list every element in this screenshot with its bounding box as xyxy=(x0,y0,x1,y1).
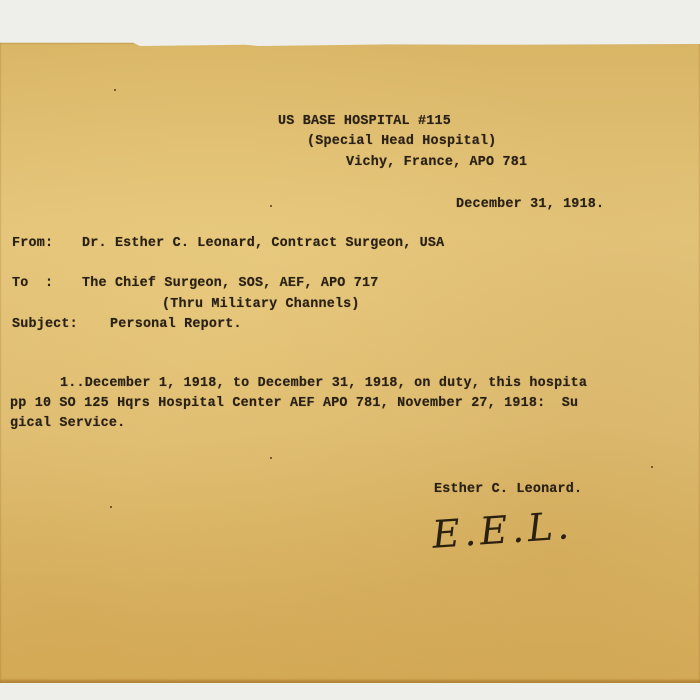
letterhead-line-2: (Special Head Hospital) xyxy=(307,134,496,150)
paper-speck xyxy=(270,457,272,459)
from-label: From: xyxy=(12,236,53,252)
signature-typed-name: Esther C. Leonard. xyxy=(434,482,582,498)
body-line-3: gical Service. xyxy=(10,416,125,432)
body-line-2: pp 10 SO 125 Hqrs Hospital Center AEF AP… xyxy=(10,396,578,412)
to-label: To : xyxy=(12,276,53,292)
from-value: Dr. Esther C. Leonard, Contract Surgeon,… xyxy=(82,236,444,252)
subject-value: Personal Report. xyxy=(110,317,242,333)
paper-speck xyxy=(110,506,112,508)
paper-speck xyxy=(270,205,272,207)
paper-speck xyxy=(651,466,653,468)
to-routing: (Thru Military Channels) xyxy=(162,297,360,313)
letter-date: December 31, 1918. xyxy=(456,197,604,213)
letterhead-line-3: Vichy, France, APO 781 xyxy=(346,155,527,171)
subject-label: Subject: xyxy=(12,317,78,333)
body-line-1: 1..December 1, 1918, to December 31, 191… xyxy=(60,376,587,392)
paper-speck xyxy=(114,89,116,91)
to-value: The Chief Surgeon, SOS, AEF, APO 717 xyxy=(82,276,379,292)
letterhead-line-1: US BASE HOSPITAL #115 xyxy=(278,114,451,130)
